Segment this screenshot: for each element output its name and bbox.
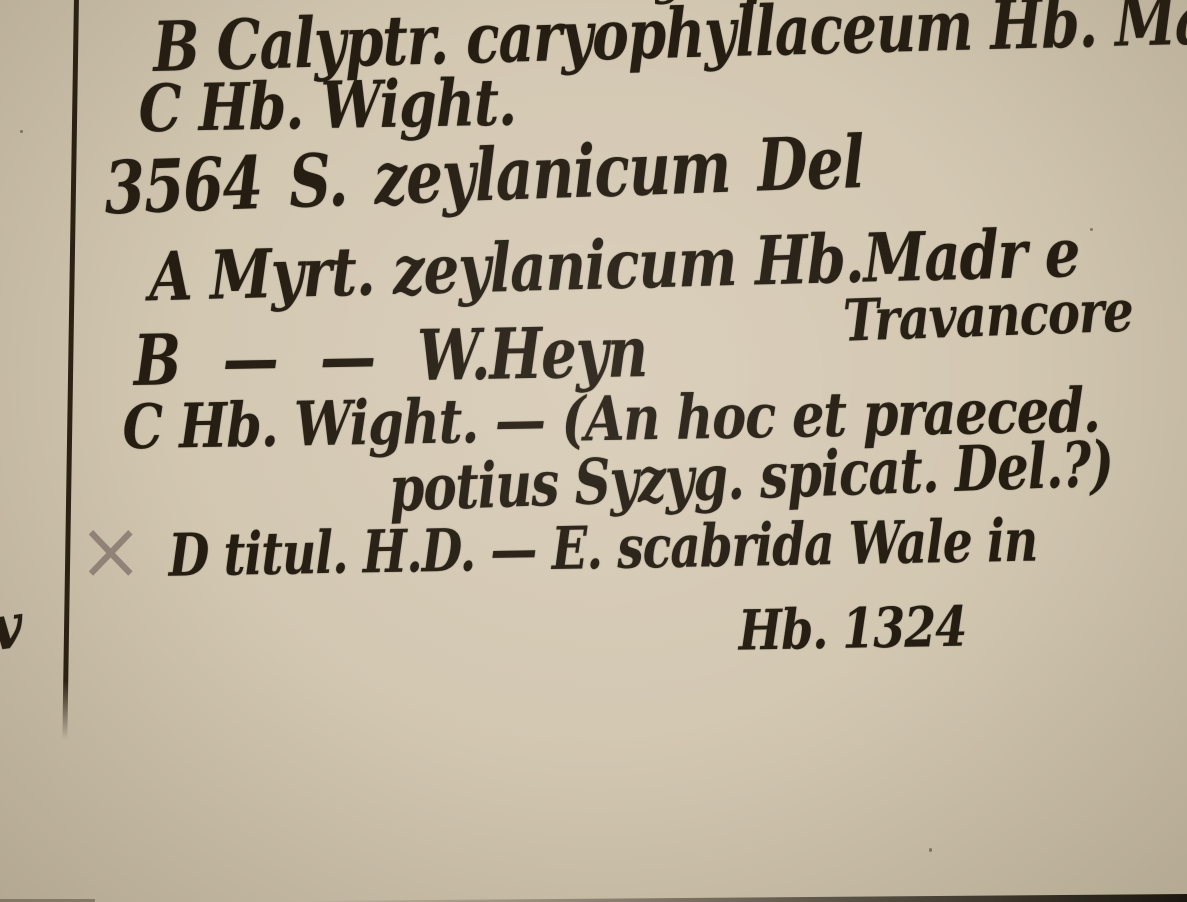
line-travancore: Travancore	[842, 278, 1134, 355]
margin-x-mark: ×	[78, 504, 143, 599]
margin-rule	[62, 0, 79, 740]
left-edge-text-fragment: w	[0, 596, 48, 692]
fragment-text: w	[0, 596, 48, 668]
paper-speck	[929, 848, 932, 852]
paper-speck	[20, 130, 23, 133]
line-titul-scabrida: D titul. H.D. — E. scabrida Wale in	[168, 507, 1038, 591]
line-hb-1324: Hb. 1324	[738, 594, 967, 663]
manuscript-page: y p B Calyptr. caryophyllaceum Hb. Madr …	[0, 0, 1187, 902]
paper-speck	[1090, 228, 1093, 231]
page-bottom-edge-shadow	[300, 894, 1187, 902]
